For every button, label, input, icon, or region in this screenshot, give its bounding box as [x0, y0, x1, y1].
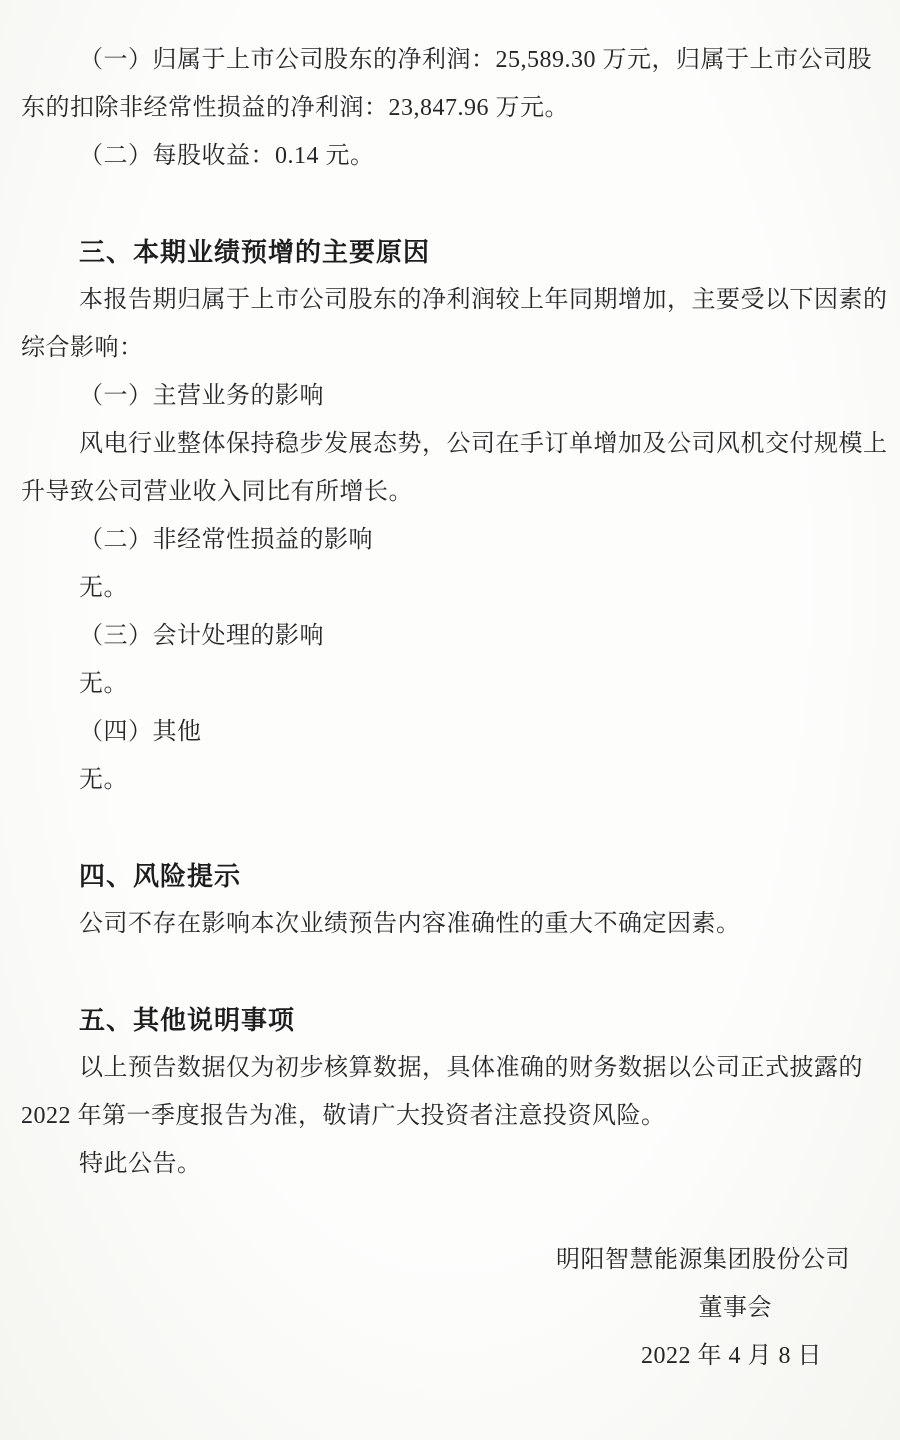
- para-main-business-line1: 风电行业整体保持稳步发展态势，公司在手订单增加及公司风机交付规模上: [21, 420, 880, 468]
- section-heading-4-risk: 四、风险提示: [21, 852, 880, 900]
- announcement-document: （一）归属于上市公司股东的净利润：25,589.30 万元，归属于上市公司股 东…: [0, 0, 900, 1380]
- para-risk-statement: 公司不存在影响本次业绩预告内容准确性的重大不确定因素。: [21, 900, 880, 948]
- para-main-business-line2: 升导致公司营业收入同比有所增长。: [21, 468, 880, 516]
- signature-board: 董事会: [21, 1284, 880, 1332]
- subheading-nonrecurring: （二）非经常性损益的影响: [21, 516, 880, 564]
- para-reason-intro-line2: 综合影响：: [21, 324, 880, 372]
- subheading-other: （四）其他: [21, 708, 880, 756]
- subheading-accounting: （三）会计处理的影响: [21, 612, 880, 660]
- para-other-none: 无。: [21, 756, 880, 804]
- para-eps: （二）每股收益：0.14 元。: [21, 132, 880, 180]
- section-heading-3-reasons: 三、本期业绩预增的主要原因: [21, 228, 880, 276]
- para-announcement-closing: 特此公告。: [21, 1140, 880, 1188]
- section-heading-5-other-notes: 五、其他说明事项: [21, 996, 880, 1044]
- signature-date: 2022 年 4 月 8 日: [21, 1332, 880, 1380]
- para-other-notes-line1: 以上预告数据仅为初步核算数据，具体准确的财务数据以公司正式披露的: [21, 1044, 880, 1092]
- para-other-notes-line2: 2022 年第一季度报告为准，敬请广大投资者注意投资风险。: [21, 1092, 880, 1140]
- para-reason-intro-line1: 本报告期归属于上市公司股东的净利润较上年同期增加，主要受以下因素的: [21, 276, 880, 324]
- subheading-main-business: （一）主营业务的影响: [21, 372, 880, 420]
- para-accounting-none: 无。: [21, 660, 880, 708]
- para-net-profit-line1: （一）归属于上市公司股东的净利润：25,589.30 万元，归属于上市公司股: [21, 36, 880, 84]
- para-nonrecurring-none: 无。: [21, 564, 880, 612]
- signature-company-name: 明阳智慧能源集团股份公司: [21, 1236, 880, 1284]
- para-net-profit-line2: 东的扣除非经常性损益的净利润：23,847.96 万元。: [21, 84, 880, 132]
